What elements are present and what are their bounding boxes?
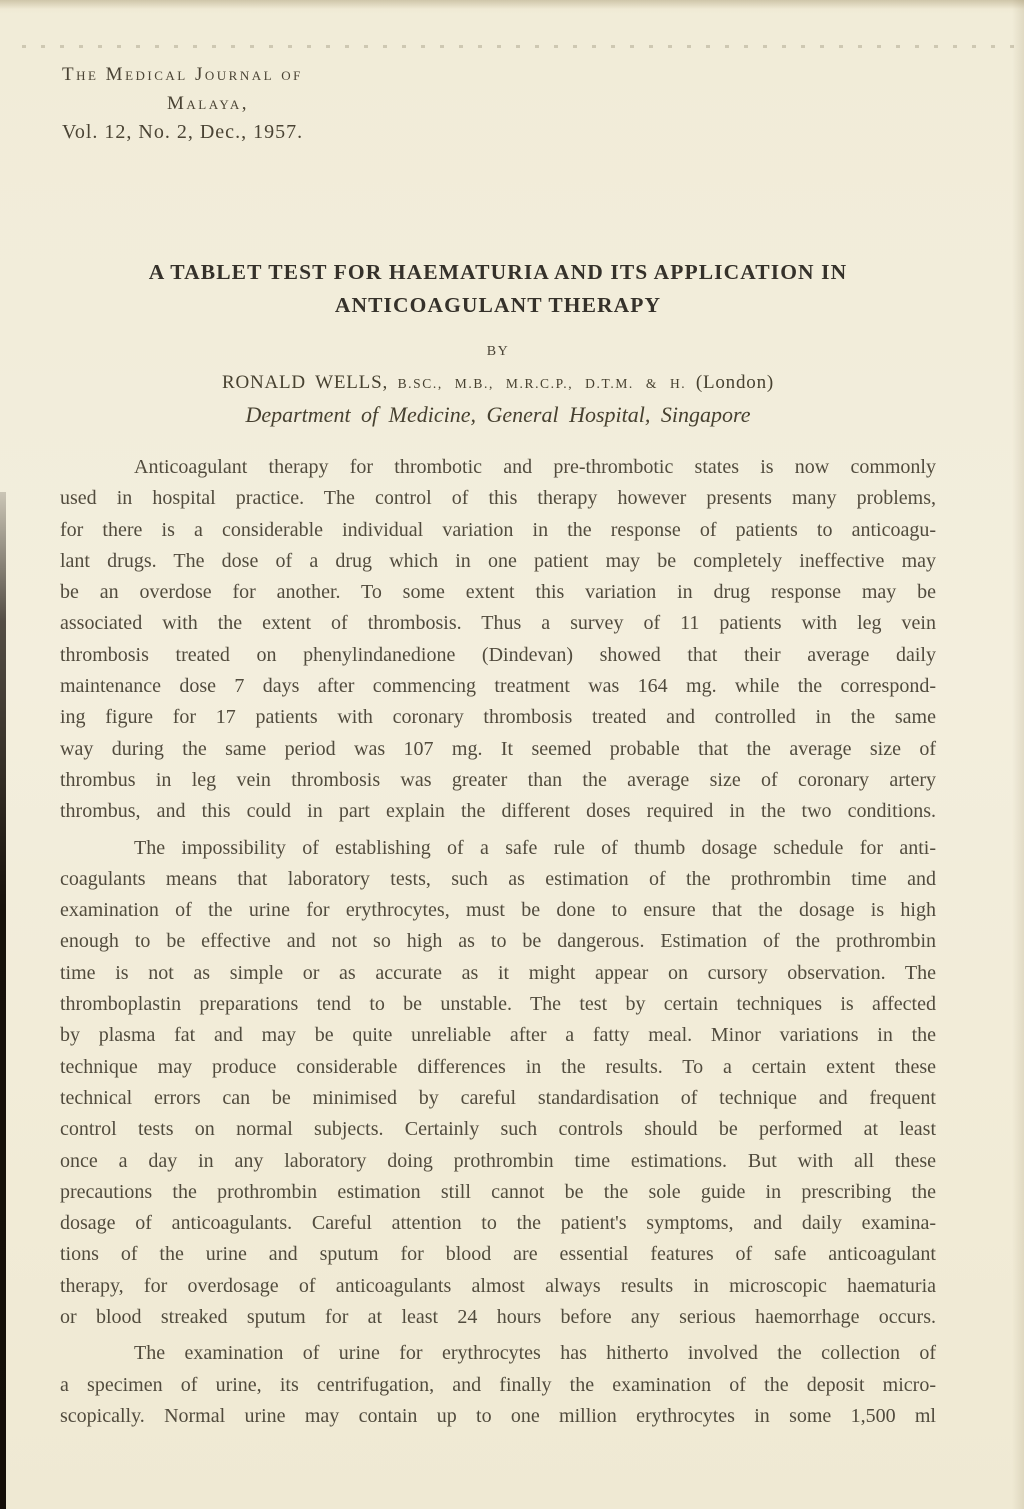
- author-affiliation: Department of Medicine, General Hospital…: [60, 402, 936, 428]
- journal-name-line2: Malaya,: [62, 90, 354, 119]
- text-line: way during the same period was 107 mg. I…: [60, 734, 936, 765]
- text-line: used in hospital practice. The control o…: [60, 483, 936, 514]
- paragraph: The examination of urine for erythrocyte…: [60, 1338, 936, 1432]
- text-line: thromboplastin preparations tend to be u…: [60, 989, 936, 1020]
- text-line: associated with the extent of thrombosis…: [60, 608, 936, 639]
- text-line: be an overdose for another. To some exte…: [60, 577, 936, 608]
- scan-edge-top-shadow: [0, 0, 1024, 9]
- text-line: maintenance dose 7 days after commencing…: [60, 671, 936, 702]
- article-title: A TABLET TEST FOR HAEMATURIA AND ITS APP…: [60, 256, 936, 322]
- text-line: by plasma fat and may be quite unreliabl…: [60, 1020, 936, 1051]
- text-line: or blood streaked sputum for at least 24…: [60, 1302, 936, 1333]
- article-body: Anticoagulant therapy for thrombotic and…: [60, 452, 936, 1432]
- text-line: The examination of urine for erythrocyte…: [60, 1338, 936, 1369]
- text-line: a specimen of urine, its centrifugation,…: [60, 1370, 936, 1401]
- text-line: dosage of anticoagulants. Careful attent…: [60, 1208, 936, 1239]
- text-line: The impossibility of establishing of a s…: [60, 833, 936, 864]
- text-line: time is not as simple or as accurate as …: [60, 958, 936, 989]
- text-line: thrombus in leg vein thrombosis was grea…: [60, 765, 936, 796]
- text-line: thrombosis treated on phenylindanedione …: [60, 640, 936, 671]
- text-line: ing figure for 17 patients with coronary…: [60, 702, 936, 733]
- author-line: RONALD WELLS, B.SC., M.B., M.R.C.P., D.T…: [60, 372, 936, 394]
- journal-masthead: The Medical Journal of Malaya, Vol. 12, …: [62, 61, 354, 147]
- journal-volume-line: Vol. 12, No. 2, Dec., 1957.: [62, 118, 354, 147]
- scan-edge-right-shadow: [1012, 0, 1024, 1509]
- byline-label: BY: [60, 344, 936, 360]
- paragraph: Anticoagulant therapy for thrombotic and…: [60, 452, 936, 828]
- text-line: thrombus, and this could in part explain…: [60, 796, 936, 827]
- text-line: for there is a considerable individual v…: [60, 515, 936, 546]
- text-line: technical errors can be minimised by car…: [60, 1083, 936, 1114]
- text-line: technique may produce considerable diffe…: [60, 1052, 936, 1083]
- scanned-journal-page: The Medical Journal of Malaya, Vol. 12, …: [0, 0, 1024, 1509]
- article-title-line2: ANTICOAGULANT THERAPY: [60, 289, 936, 322]
- article-title-line1: A TABLET TEST FOR HAEMATURIA AND ITS APP…: [60, 256, 936, 289]
- text-line: lant drugs. The dose of a drug which in …: [60, 546, 936, 577]
- text-line: scopically. Normal urine may contain up …: [60, 1401, 936, 1432]
- text-line: tions of the urine and sputum for blood …: [60, 1239, 936, 1270]
- text-line: examination of the urine for erythrocyte…: [60, 895, 936, 926]
- author-location: (London): [696, 372, 774, 393]
- text-line: enough to be effective and not so high a…: [60, 926, 936, 957]
- text-line: Anticoagulant therapy for thrombotic and…: [60, 452, 936, 483]
- journal-name-line1: The Medical Journal of: [62, 61, 354, 90]
- scan-edge-left-strip: [0, 492, 6, 1509]
- text-line: precautions the prothrombin estimation s…: [60, 1177, 936, 1208]
- author-name: RONALD WELLS,: [222, 372, 388, 393]
- author-qualifications: B.SC., M.B., M.R.C.P., D.T.M. & H.: [398, 376, 687, 391]
- paragraph: The impossibility of establishing of a s…: [60, 833, 936, 1334]
- text-line: therapy, for overdosage of anticoagulant…: [60, 1271, 936, 1302]
- text-line: coagulants means that laboratory tests, …: [60, 864, 936, 895]
- text-line: control tests on normal subjects. Certai…: [60, 1114, 936, 1145]
- scan-artifact-dotted-row: [22, 45, 1024, 48]
- text-line: once a day in any laboratory doing proth…: [60, 1146, 936, 1177]
